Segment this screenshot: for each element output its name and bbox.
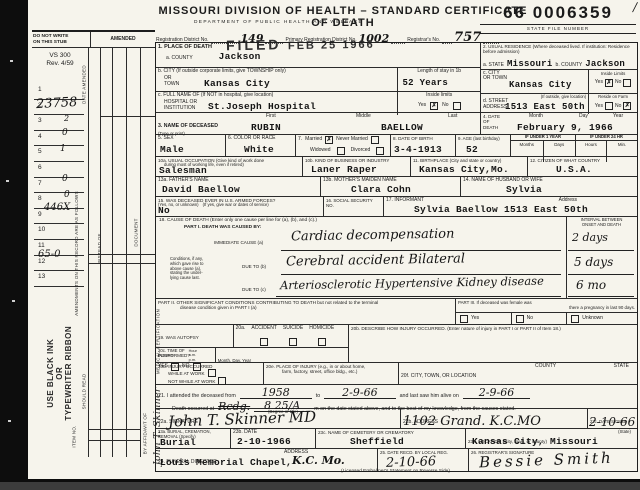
field-cause-of-death: 18. CAUSE OF DEATH (Enter only one cause…	[156, 217, 637, 298]
field-color-race: 6. COLOR OR RACE White	[226, 135, 296, 156]
stub-header: DO NOT WRITE ON THIS STUB AMENDED	[32, 32, 155, 48]
place-of-injury-label2: farm, factory, street, office bldg., etc…	[282, 369, 396, 374]
stub-divider	[100, 116, 155, 117]
part2-label2: disease condition given in PART I (a)	[180, 305, 453, 310]
place-inside-no-checkbox	[453, 102, 461, 110]
month-label: Month	[529, 114, 543, 120]
field-physician-address: 22b. ADDRESS 1102 Grand. K.C.MO	[401, 409, 588, 428]
county-value: Jackson	[219, 52, 261, 62]
field-month-day-year: Month, Day, Year	[216, 348, 348, 363]
writing-line	[276, 296, 561, 297]
certificate-form: 1. PLACE OF DEATH a. COUNTY Jackson b. C…	[155, 42, 638, 472]
interval-a-handwriting: 2 days	[572, 232, 608, 243]
city-or-town-label: OR TOWN	[164, 76, 179, 88]
widowed-label: Widowed	[310, 148, 331, 154]
pen-mark: ∕	[633, 1, 637, 13]
name-label: 3. NAME OF DECEASED	[158, 123, 218, 129]
citizen-label: 12. CITIZEN OF WHAT COUNTRY	[530, 158, 635, 163]
citizen-value: U.S.A.	[556, 165, 592, 175]
social-security-label: 16. SOCIAL SECURITY NO.	[326, 198, 381, 208]
last-saw-handwriting: 2-9-66	[463, 387, 530, 399]
spouse-value: Sylvia	[506, 185, 542, 195]
field-describe-injury: 20b. DESCRIBE HOW INJURY OCCURRED. (Ente…	[349, 325, 637, 362]
city-cell: b. CITY (If outside corporate limits, gi…	[156, 68, 397, 91]
field-date-signed: 22c. DATE SIGNED 2-10-66	[588, 409, 637, 428]
field-usual-residence: 2. USUAL RESIDENCE (Where deceased lived…	[481, 43, 637, 112]
never-married-label: Never Married	[336, 137, 368, 143]
informant-value: Sylvia Baellow 1513 East 50th	[414, 205, 588, 215]
yes-label: Yes	[595, 80, 603, 86]
certificate-page: MISSOURI DIVISION OF HEALTH – STANDARD C…	[28, 0, 640, 479]
stub-handwriting: 23758	[36, 95, 78, 112]
field-autopsy: 19. WAS AUTOPSY PERFORMED? YES NO	[156, 325, 234, 347]
residence-state-county-cell: a. STATE Missouri b. COUNTY Jackson	[481, 56, 637, 69]
scan-speck	[12, 300, 15, 302]
occupation-value: Salesman	[159, 166, 207, 176]
stub-handwriting: 0	[64, 190, 70, 200]
hospital-label: c. FULL NAME OF (If NOT in hospital, giv…	[158, 93, 395, 99]
stub-divider	[88, 47, 89, 457]
field-injury-city-county-state: 20f. CITY, TOWN, OR LOCATION COUNTY STAT…	[399, 363, 637, 384]
row-place-residence: 1. PLACE OF DEATH a. COUNTY Jackson b. C…	[156, 43, 637, 113]
place-hospital-cell: c. FULL NAME OF (If NOT in hospital, giv…	[156, 91, 480, 115]
stub-row: 4	[34, 131, 84, 147]
suicide-checkbox	[289, 338, 297, 346]
middle-name-label: Middle	[356, 114, 371, 120]
scan-speck	[10, 60, 13, 62]
divorced-checkbox	[376, 147, 384, 155]
year-label: Year	[613, 114, 623, 120]
attended-to-handwriting: 2-9-66	[324, 387, 395, 399]
place-city-cell: b. CITY (If outside corporate limits, gi…	[156, 67, 480, 91]
time-of-injury-label: 20c. TIME OF INJURY	[158, 349, 185, 362]
day-label: Day	[579, 114, 588, 120]
burial-date-label: 23b. DATE	[233, 430, 313, 436]
county-label: a. COUNTY	[166, 56, 193, 62]
while-at-work-checkbox	[208, 369, 216, 377]
cemetery-label: 23c. NAME OF CEMETERY OR CREMATORY	[318, 430, 463, 435]
state-label: a. STATE	[483, 63, 504, 69]
marital-number-label: 7.	[298, 137, 302, 143]
accident-label: ACCIDENT	[251, 326, 277, 332]
field-husband-or-wife: 14. NAME OF HUSBAND OR WIFE Sylvia	[461, 177, 637, 196]
stub-row: 3	[34, 115, 84, 131]
field-occupation: 10a. USUAL OCCUPATION (Give kind of work…	[156, 157, 303, 176]
field-accident-suicide-homicide: 20a. ACCIDENT SUICIDE HOMICIDE	[234, 325, 348, 347]
field-date-received: 25. DATE RECD. BY LOCAL REG. 2-10-66	[378, 449, 469, 471]
field-social-security: 16. SOCIAL SECURITY NO.	[324, 197, 384, 216]
field-attended-statement: 21. I attended the deceased from 1958 to…	[156, 385, 637, 408]
pregnancy-yes-label: Yes	[471, 316, 479, 322]
residence-inside-limits-label: Inside Limits	[590, 71, 636, 76]
field-citizen: 12. CITIZEN OF WHAT COUNTRY U.S.A.	[528, 157, 637, 176]
row-autopsy-injury: 19. WAS AUTOPSY PERFORMED? YES NO 20a.	[156, 325, 637, 363]
mother-maiden-value: Clara Cohn	[351, 185, 411, 195]
cause-a-handwriting: Cardiac decompensation	[291, 228, 455, 244]
pregnancy-unknown-checkbox	[571, 315, 579, 323]
burial-date-value: 2-10-1966	[237, 437, 291, 447]
sex-label: 5. SEX	[158, 136, 223, 142]
yes-label: Yes	[418, 103, 426, 109]
birthplace-value: Kansas City,Mo.	[419, 165, 509, 175]
row-attended-statement: 21. I attended the deceased from 1958 to…	[156, 385, 637, 409]
funeral-director-value: Louis Memorial Chapel,	[160, 458, 292, 468]
reverse-side-note: (Licensed Embalmer's Statement on Revers…	[155, 469, 636, 474]
date-of-death-value: February 9, 1966	[517, 123, 613, 133]
amended-label: AMENDED	[90, 32, 155, 47]
armed-forces-value: No	[158, 206, 170, 216]
autopsy-accident-block: 19. WAS AUTOPSY PERFORMED? YES NO 20a.	[156, 325, 349, 362]
stub-divider	[140, 47, 141, 457]
stub-handwriting: 446X	[44, 202, 70, 213]
stub-handwriting: 1	[60, 144, 66, 154]
father-name-label: 13a. FATHER'S NAME	[158, 178, 318, 184]
place-inside-limits-cell: Inside limits Yes ✗ No	[397, 92, 480, 115]
color-race-value: White	[244, 145, 274, 155]
field-injury-at-work: 20d. INJURY OCCURRED WHILE AT WORK NOT W…	[156, 363, 264, 384]
writing-line	[568, 250, 634, 251]
reside-on-farm-label: Reside on Farm	[590, 95, 636, 100]
street-address-inner: d. STREET ADDRESS (If outside, give loca…	[481, 94, 588, 114]
scan-speck	[8, 420, 11, 422]
length-of-stay-value: 52 Years	[402, 79, 448, 88]
last-name-value: BAELLOW	[381, 123, 423, 133]
mother-maiden-label: 13b. MOTHER'S MAIDEN NAME	[323, 178, 458, 184]
field-armed-forces: 15. WAS DECEASED EVER IN U.S. ARMED FORC…	[156, 197, 324, 216]
field-father-name: 13a. FATHER'S NAME David Baellow	[156, 177, 321, 196]
instead-of-label: INSTEAD OF	[98, 226, 103, 271]
date-of-death-label: 4. DATE OF DEATH	[483, 114, 500, 130]
residence-inside-yes-checkbox: ✗	[605, 79, 613, 87]
document-title: MISSOURI DIVISION OF HEALTH – STANDARD C…	[158, 5, 528, 29]
accident-number-label: 20a.	[236, 326, 246, 350]
residence-street-cell: d. STREET ADDRESS (If outside, give loca…	[481, 93, 637, 114]
interval-column-divider	[566, 217, 567, 299]
place-of-death-title: 1. PLACE OF DEATH	[158, 44, 478, 50]
describe-injury-label: 20b. DESCRIBE HOW INJURY OCCURRED. (Ente…	[351, 326, 635, 331]
age-label: 9. AGE (last birthday)	[458, 136, 508, 141]
cause-of-death-label: 18. CAUSE OF DEATH (Enter only one cause…	[159, 218, 317, 224]
accident-checkbox	[260, 338, 268, 346]
field-mother-maiden-name: 13b. MOTHER'S MAIDEN NAME Clara Cohn	[321, 177, 461, 196]
place-county-cell: 1. PLACE OF DEATH a. COUNTY Jackson	[156, 43, 480, 67]
scan-bottom-band	[0, 482, 640, 490]
amendments-label: AMENDMENTS ON THIS RECORD ARE AS FOLLOWS	[75, 160, 80, 347]
left-stub: DO NOT WRITE ON THIS STUB AMENDED VS 300…	[32, 30, 155, 464]
stub-handwriting: 2	[64, 114, 69, 123]
stub-divider	[88, 440, 140, 441]
usual-residence-title: 2. USUAL RESIDENCE (Where deceased lived…	[481, 43, 637, 56]
father-name-value: David Baellow	[162, 185, 240, 195]
registrar-signature-handwriting: Bessie Smith	[479, 451, 614, 471]
field-date-of-death: 4. DATE OF DEATH Month Day Year February…	[481, 113, 637, 134]
date-amended-label: DATE AMENDED	[83, 55, 88, 113]
color-race-label: 6. COLOR OR RACE	[228, 136, 293, 142]
date-of-birth-label: 8. DATE OF BIRTH	[393, 136, 453, 141]
stub-handwriting: 0	[62, 128, 68, 138]
physician-signature-handwriting: John T. Skinner MD	[168, 409, 317, 429]
place-inside-yes-checkbox: ✗	[430, 102, 438, 110]
interval-header-label: INTERVAL BETWEEN ONSET AND DEATH	[567, 218, 636, 228]
interval-c-handwriting: 6 mo	[576, 279, 606, 291]
length-of-stay-cell: Length of stay in 1b 52 Years	[397, 68, 480, 91]
injury-county-label: COUNTY	[535, 364, 556, 370]
writing-line	[568, 274, 634, 275]
business-value: Laner Raper	[311, 165, 377, 175]
while-at-work-label: WHILE AT WORK	[168, 371, 205, 376]
document-label: DOCUMENT	[135, 212, 140, 252]
hospital-or-institution-label: HOSPITAL OR INSTITUTION	[164, 100, 197, 112]
row-funeral-registrar: 24. FUNERAL DIRECTOR ADDRESS Louis Memor…	[156, 449, 637, 471]
divorced-label: Divorced	[351, 148, 371, 154]
cemetery-value: Sheffield	[350, 437, 404, 447]
farm-no-checkbox: ✗	[623, 102, 631, 110]
field-date-of-birth: 8. DATE OF BIRTH 3-4-1913	[391, 135, 456, 156]
first-name-label: First	[266, 114, 276, 120]
row-cause-of-death: 18. CAUSE OF DEATH (Enter only one cause…	[156, 217, 637, 299]
inside-limits-label: Inside limits	[400, 93, 478, 99]
field-part3-pregnancy: PART III. If deceased was female was the…	[456, 299, 637, 324]
immediate-cause-label: IMMEDIATE CAUSE (a)	[214, 240, 263, 245]
no-label: No	[615, 80, 621, 86]
stub-handwriting: 0	[62, 174, 68, 184]
department-subtitle: DEPARTMENT OF PUBLIC HEALTH AND WELFARE	[186, 20, 371, 25]
age-value: 52	[466, 145, 478, 155]
row-parents-spouse: 13a. FATHER'S NAME David Baellow 13b. MO…	[156, 177, 637, 197]
row-name-dateofdeath: 3. NAME OF DECEASED (Type or print) Firs…	[156, 113, 637, 135]
cause-c-handwriting: Arteriosclerotic Hypertensive Kidney dis…	[280, 276, 544, 292]
city-value: Kansas City	[204, 79, 270, 89]
reside-on-farm-cell: Reside on Farm Yes No ✗	[588, 94, 637, 114]
stub-divider	[126, 47, 127, 457]
item-no-label: ITEM NO.	[73, 420, 78, 452]
funeral-address-handwriting: K.C. Mo.	[292, 455, 345, 466]
field-signature: 22a. SIGNATURE (Degree or title) John T.…	[156, 409, 401, 428]
writing-line	[568, 296, 634, 297]
conditions-note: Conditions, if any, which gave rise to a…	[170, 257, 204, 281]
date-signed-handwriting: 2-10-66	[589, 416, 635, 428]
widowed-checkbox	[337, 147, 345, 155]
homicide-label: HOMICIDE	[309, 326, 334, 332]
field-business-industry: 10b. KIND OF BUSINESS OR INDUSTRY Laner …	[303, 157, 411, 176]
business-label: 10b. KIND OF BUSINESS OR INDUSTRY	[305, 158, 408, 163]
field-birthplace: 11. BIRTHPLACE (City and state or countr…	[411, 157, 528, 176]
last-saw-label: and last saw him alive on	[400, 393, 459, 399]
field-burial-location: 23d. LOCATION (City, town, or county) (S…	[466, 429, 637, 448]
never-married-checkbox	[371, 136, 379, 144]
field-if-under-24-hr: IF UNDER 24 HR Hours Min.	[576, 135, 637, 156]
residence-city-value: Kansas City	[509, 81, 572, 90]
pregnancy-yes-checkbox	[460, 315, 468, 323]
length-of-stay-label: Length of stay in 1b	[400, 69, 478, 75]
cause-b-handwriting: Cerebral accident Bilateral	[286, 252, 465, 268]
residence-county-label: b. COUNTY	[556, 63, 583, 69]
no-label: No	[442, 103, 448, 109]
burial-location-value: Kansas City, Missouri	[472, 437, 598, 447]
field-sex: 5. SEX Male	[156, 135, 226, 156]
residence-city-cell: c. CITY OR TOWN Kansas City Inside Limit…	[481, 69, 637, 93]
field-part2-conditions: PART II. OTHER SIGNIFICANT CONDITIONS CO…	[156, 299, 456, 324]
field-name-of-deceased: 3. NAME OF DECEASED (Type or print) Firs…	[156, 113, 481, 134]
row-armedforces-informant: 15. WAS DECEASED EVER IN U.S. ARMED FORC…	[156, 197, 637, 217]
attended-pre-text: 21. I attended the deceased from	[158, 393, 236, 399]
informant-label: 17. INFORMANT	[386, 198, 635, 204]
field-informant: 17. INFORMANT Address Sylvia Baellow 151…	[384, 197, 637, 216]
stub-divider	[88, 429, 140, 430]
date-received-handwriting: 2-10-66	[386, 455, 437, 470]
field-burial-date: 23b. DATE 2-10-1966	[231, 429, 316, 448]
city-label: b. CITY (If outside corporate limits, gi…	[158, 69, 395, 75]
attended-from-handwriting: 1958	[240, 387, 312, 399]
row-sex-race-age: 5. SEX Male 6. COLOR OR RACE White 7. Ma…	[156, 135, 637, 157]
scanned-death-certificate: { "header": { "title": "MISSOURI DIVISIO…	[0, 0, 640, 490]
field-registrar-signature: 26. REGISTRAR'S SIGNATURE Bessie Smith	[469, 449, 637, 471]
birthplace-label: 11. BIRTHPLACE (City and state or countr…	[413, 158, 525, 163]
due-to-b-label: DUE TO (b)	[242, 264, 266, 269]
row-part2-part3: PART II. OTHER SIGNIFICANT CONDITIONS CO…	[156, 299, 637, 325]
field-if-under-1-year: IF UNDER 1 YEAR Months Days	[511, 135, 576, 156]
residence-city-inner: c. CITY OR TOWN Kansas City	[481, 70, 588, 93]
field-age: 9. AGE (last birthday) 52	[456, 135, 511, 156]
physician-address-handwriting: 1102 Grand. K.C.MO	[403, 415, 541, 428]
field-place-of-death: 1. PLACE OF DEATH a. COUNTY Jackson b. C…	[156, 43, 481, 112]
scan-speck	[6, 180, 9, 182]
armed-forces-note2: (If yes, give war or dates of service)	[203, 203, 269, 208]
stub-handwriting: 65-0	[38, 249, 60, 260]
interval-b-handwriting: 5 days	[574, 256, 613, 268]
row-injury-location: 20d. INJURY OCCURRED WHILE AT WORK NOT W…	[156, 363, 637, 385]
pregnancy-no-checkbox	[516, 315, 524, 323]
row-physician-signature: 22a. SIGNATURE (Degree or title) John T.…	[156, 409, 637, 429]
field-place-of-injury: 20e. PLACE OF INJURY (e.g., in or about …	[264, 363, 399, 384]
stub-divider	[112, 47, 113, 457]
hospital-value: St.Joseph Hospital	[208, 102, 316, 112]
should-read-label: SHOULD READ	[83, 369, 88, 413]
residence-inside-limits-cell: Inside Limits Yes ✗ No	[588, 70, 637, 93]
by-affidavit-label: BY AFFIDAVIT OF	[144, 409, 149, 457]
state-value: Missouri	[507, 60, 553, 69]
burial-state-label: (State)	[618, 430, 631, 435]
yes-label: Yes	[595, 104, 603, 110]
injury-state-label: STATE	[614, 364, 629, 370]
married-label: Married	[305, 137, 322, 143]
do-not-write-label: DO NOT WRITE ON THIS STUB	[32, 32, 90, 47]
attended-to-label: to	[316, 393, 320, 399]
pregnancy-no-label: No	[527, 316, 533, 322]
field-burial-type: 23a. BURIAL, CREMATION, REMOVAL (Specify…	[156, 429, 231, 448]
pregnancy-unknown-label: Unknown	[582, 316, 603, 322]
no-label: No	[615, 104, 621, 110]
use-black-ink-label: USE BLACK INK OR TYPEWRITER RIBBON	[47, 303, 73, 443]
field-cemetery: 23c. NAME OF CEMETERY OR CREMATORY Sheff…	[316, 429, 466, 448]
date-of-birth-value: 3-4-1913	[394, 145, 442, 155]
first-name-value: RUBIN	[251, 123, 281, 133]
not-while-at-work-label: NOT WHILE AT WORK	[168, 379, 215, 384]
row-occupation-birthplace: 10a. USUAL OCCUPATION (Give kind of work…	[156, 157, 637, 177]
spouse-label: 14. NAME OF HUSBAND OR WIFE	[463, 178, 635, 184]
burial-type-value: Burial	[160, 438, 196, 448]
field-time-of-injury: 20c. TIME OF INJURY Hour a.m. p.m.	[156, 348, 216, 363]
injury-city-label: 20f. CITY, TOWN, OR LOCATION	[401, 373, 476, 379]
married-checkbox: ✗	[325, 136, 333, 144]
residence-inside-no-checkbox	[623, 79, 631, 87]
writing-line	[281, 250, 561, 251]
field-funeral-director: 24. FUNERAL DIRECTOR ADDRESS Louis Memor…	[156, 449, 378, 471]
state-file-number: 66 0006359	[480, 3, 636, 25]
street-note: (If outside, give location)	[541, 95, 586, 100]
row-burial: 23a. BURIAL, CREMATION, REMOVAL (Specify…	[156, 429, 637, 449]
homicide-checkbox	[318, 338, 326, 346]
street-address-value: 1513 East 50th	[505, 103, 585, 112]
due-to-c-label: DUE TO (c)	[242, 287, 266, 292]
hour-ampm-label: Hour a.m. p.m.	[189, 349, 197, 362]
residence-county-value: Jackson	[585, 60, 625, 69]
state-file-number-box: 66 0006359 STATE FILE NUMBER	[480, 3, 636, 34]
informant-address-label: Address	[559, 198, 577, 204]
part3-label2: there a pregnancy in last 90 days.	[456, 305, 637, 310]
part1-label: PART I. DEATH WAS CAUSED BY:	[184, 225, 261, 231]
form-code: VS 300 Rev. 4/59	[36, 52, 84, 69]
field-marital-status: 7. Married ✗ Never Married Widowed Divor…	[296, 135, 391, 156]
suicide-label: SUICIDE	[283, 326, 303, 332]
hospital-cell: c. FULL NAME OF (If NOT in hospital, giv…	[156, 92, 397, 115]
farm-yes-checkbox	[605, 102, 613, 110]
last-name-label: Last	[448, 114, 457, 120]
sex-value: Male	[160, 145, 184, 155]
